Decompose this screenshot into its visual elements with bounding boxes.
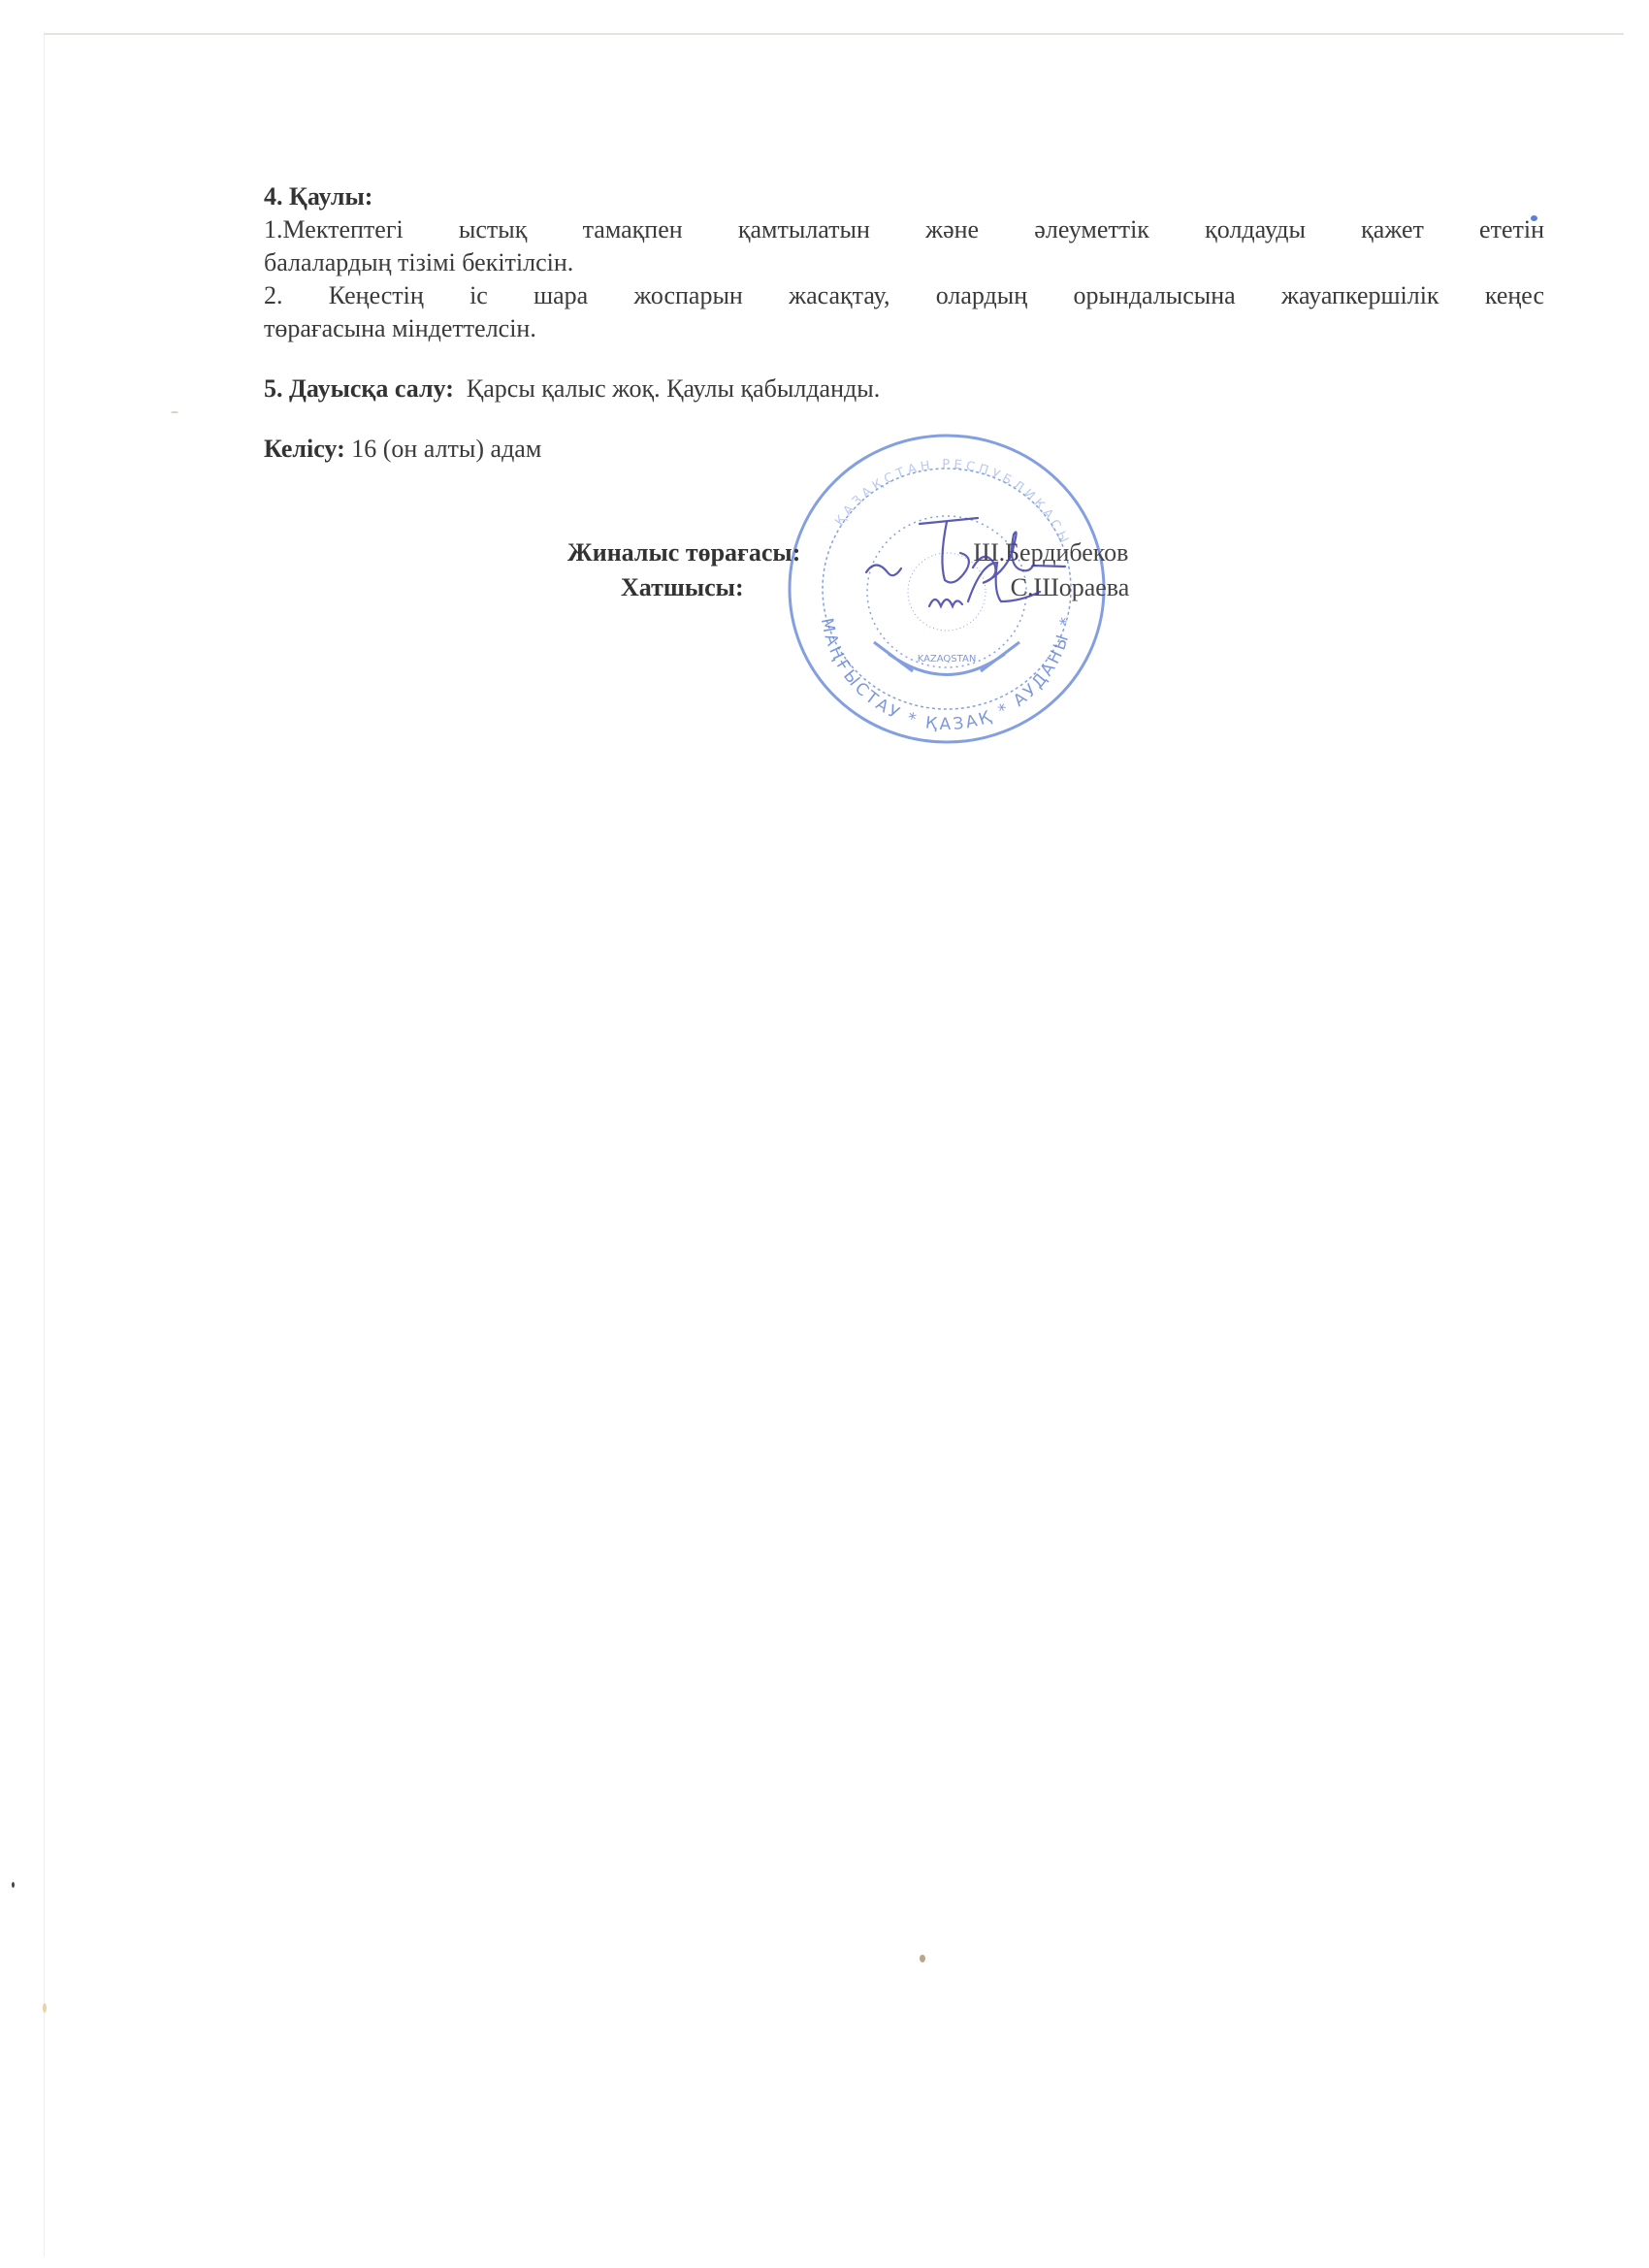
resolution-item-1-line-2: балалардың тізімі бекітілсін. (264, 246, 1544, 279)
agreement-count: 16 (он алты) адам (351, 435, 541, 463)
section-5-voting: 5. Дауысқа салу: Қарсы қалыс жоқ. Қаулы … (264, 373, 1544, 405)
svg-text:KAZAQSTAN: KAZAQSTAN (918, 654, 977, 664)
document-body: 4. Қаулы: 1.Мектептегі ыстық тамақпен қа… (264, 180, 1544, 466)
section-4-heading: 4. Қаулы: (264, 180, 1544, 213)
secretary-role: Хатшысы: (621, 573, 744, 601)
scan-speck (43, 2003, 47, 2013)
scan-speck (12, 1882, 15, 1888)
resolution-item-2-line-1: 2. Кеңестің іс шара жоспарын жасақтау, о… (264, 279, 1544, 312)
spacer (264, 345, 1544, 373)
agreement-label: Келісу: (264, 435, 345, 463)
chairperson-role: Жиналыс төрағасы: (567, 538, 800, 567)
scan-speck (171, 411, 178, 413)
scan-speck (920, 1955, 925, 1962)
handwritten-signature-icon (861, 504, 1084, 631)
ink-speck (1531, 215, 1537, 221)
resolution-item-1-line-1: 1.Мектептегі ыстық тамақпен қамтылатын ж… (264, 213, 1544, 246)
voting-label: 5. Дауысқа салу: (264, 374, 454, 403)
resolution-item-2-line-2: төрағасына міндеттелсін. (264, 312, 1544, 345)
voting-result: Қарсы қалыс жоқ. Қаулы қабылданды. (467, 374, 880, 403)
